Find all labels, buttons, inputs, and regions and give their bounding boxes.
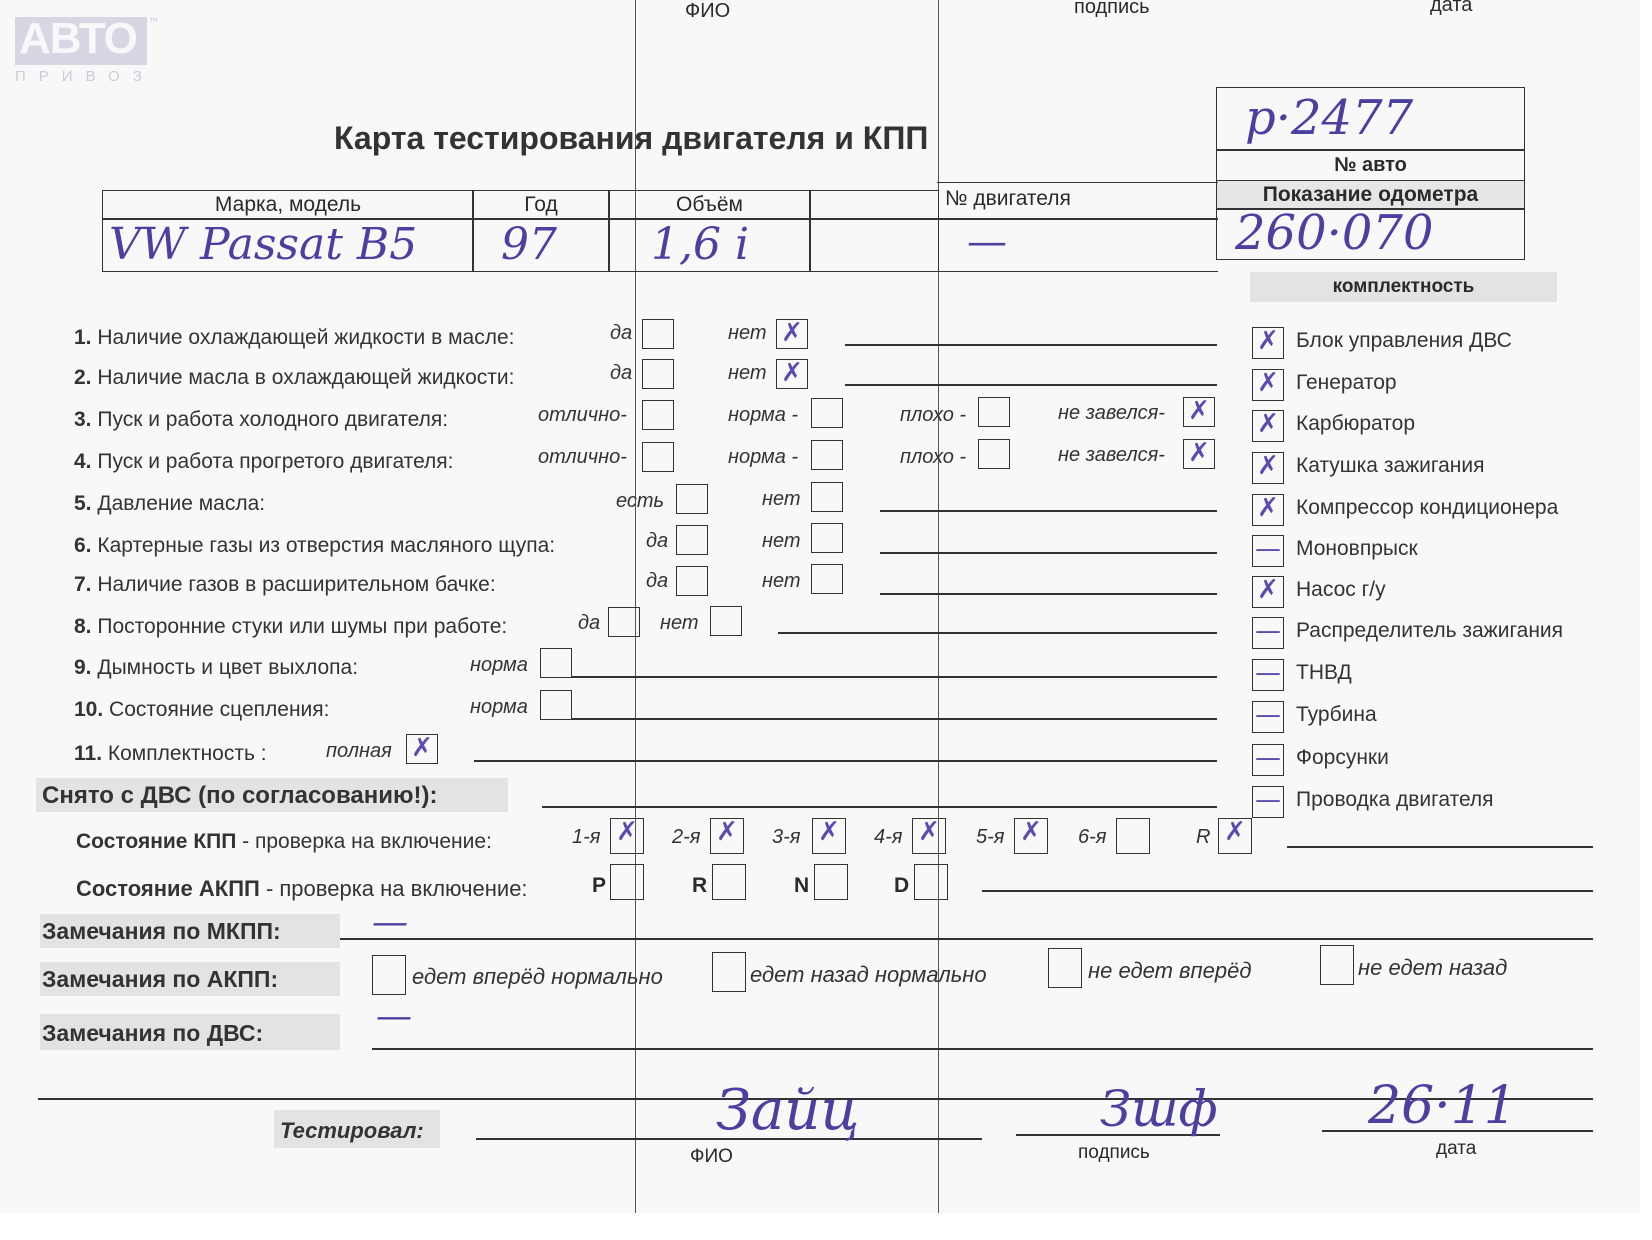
question-11: 11. Комплектность : (74, 742, 267, 766)
manual-gearbox-label: Состояние КПП - проверка на включение: (76, 830, 492, 854)
q8-yes-checkbox[interactable] (608, 607, 640, 637)
q5-present-checkbox[interactable] (676, 484, 708, 514)
dash-mark-icon: — (1253, 656, 1283, 690)
option-label: отлично- (538, 446, 627, 469)
remarks-manual-label: Замечания по МКПП: (42, 918, 281, 945)
completeness-checkbox[interactable]: ✗ (1252, 369, 1284, 401)
volume-field[interactable]: 1,6 i (608, 218, 811, 272)
question-5: 5. Давление масла: (74, 492, 265, 516)
test-date-value: 26·11 (1368, 1076, 1517, 1136)
option-label: да (610, 362, 632, 385)
tested-by-label: Тестировал: (280, 1118, 424, 1144)
completeness-checkbox[interactable]: — (1252, 617, 1284, 649)
manual-gearbox-label-rest: - проверка на включение: (236, 830, 492, 853)
question-text: Наличие охлаждающей жидкости в масле: (97, 326, 514, 349)
gear-1-я-checkbox[interactable]: ✗ (610, 818, 644, 854)
question-6: 6. Картерные газы из отверстия масляного… (74, 534, 555, 558)
gear-label: 3-я (772, 826, 800, 849)
auto-option-label: не едет вперёд (1088, 958, 1252, 984)
removed-line[interactable] (542, 806, 1217, 808)
notes-line (880, 552, 1217, 554)
auto-reverse-normal-checkbox[interactable] (712, 952, 746, 992)
option-label: да (646, 570, 668, 593)
question-text: Посторонние стуки или шумы при работе: (97, 615, 507, 638)
tester-signature-label: подпись (1078, 1142, 1150, 1164)
option-label: норма (470, 696, 528, 719)
question-number: 11. (74, 742, 102, 765)
notes-line (474, 760, 1217, 762)
question-number: 9. (74, 656, 92, 679)
dash-mark-icon: — (1253, 698, 1283, 732)
test-card-page: АВТО ПРИВОЗ ™ ФИО подпись дата Карта тес… (0, 0, 1640, 1213)
notes-line (880, 510, 1217, 512)
completeness-item-label: Катушка зажигания (1296, 454, 1484, 478)
completeness-item-label: Проводка двигателя (1296, 788, 1494, 812)
question-text: Состояние сцепления: (109, 698, 329, 721)
gear-label: 2-я (672, 826, 700, 849)
year-field[interactable]: 97 (472, 218, 610, 272)
year-value: 97 (501, 219, 557, 270)
tester-fio-label: ФИО (690, 1146, 733, 1168)
option-label: полная (326, 740, 392, 763)
option-label: нет (660, 612, 699, 635)
engine-number-value: — (967, 219, 1007, 265)
q11-full-checkbox[interactable]: ✗ (406, 734, 438, 764)
question-9: 9. Дымность и цвет выхлопа: (74, 656, 358, 680)
q3-bad-checkbox[interactable] (978, 397, 1010, 427)
q7-yes-checkbox[interactable] (676, 566, 708, 596)
auto-option-label: не едет назад (1358, 955, 1507, 981)
check-mark-icon: ✗ (777, 356, 807, 390)
q1-yes-checkbox[interactable] (642, 319, 674, 349)
option-label: плохо - (900, 404, 966, 427)
completeness-item-label: Распределитель зажигания (1296, 619, 1563, 643)
blank-header (809, 190, 939, 220)
car-number-field[interactable]: р·2477 (1216, 87, 1525, 151)
completeness-item-label: Турбина (1296, 703, 1377, 727)
option-label: да (578, 612, 600, 635)
option-label: нет (762, 530, 801, 553)
auto-option-label: едет вперёд нормально (412, 964, 663, 990)
auto-no-reverse-checkbox[interactable] (1320, 945, 1354, 985)
question-1: 1. Наличие охлаждающей жидкости в масле: (74, 326, 514, 350)
notes-line (572, 718, 1217, 720)
volume-header: Объём (608, 190, 811, 220)
q3-not-started-checkbox[interactable]: ✗ (1183, 397, 1215, 427)
question-text: Пуск и работа холодного двигателя: (97, 408, 448, 431)
question-number: 6. (74, 534, 92, 557)
completeness-item-label: Форсунки (1296, 746, 1389, 770)
option-label: отлично- (538, 404, 627, 427)
question-10: 10. Состояние сцепления: (74, 698, 329, 722)
question-text: Давление масла: (97, 492, 265, 515)
question-number: 8. (74, 615, 92, 638)
gears-notes-line (1287, 846, 1593, 848)
option-label: нет (762, 488, 801, 511)
q4-normal-checkbox[interactable] (811, 440, 843, 470)
top-signature-label: подпись (1074, 0, 1150, 19)
completeness-checkbox[interactable]: — (1252, 701, 1284, 733)
auto-P-checkbox[interactable] (610, 864, 644, 900)
notes-line (880, 593, 1217, 595)
completeness-item-label: Карбюратор (1296, 412, 1415, 436)
q3-excellent-checkbox[interactable] (642, 400, 674, 430)
q6-no-checkbox[interactable] (811, 523, 843, 553)
q5-absent-checkbox[interactable] (811, 482, 843, 512)
q2-yes-checkbox[interactable] (642, 359, 674, 389)
check-mark-icon: ✗ (1253, 324, 1283, 358)
gear-6-я-checkbox[interactable] (1116, 818, 1150, 854)
check-mark-icon: ✗ (407, 731, 437, 765)
gear-label: 5-я (976, 826, 1004, 849)
year-header: Год (472, 190, 610, 220)
remarks-engine-line[interactable] (372, 1048, 1593, 1050)
q7-no-checkbox[interactable] (811, 564, 843, 594)
remarks-auto-label: Замечания по АКПП: (42, 966, 278, 993)
question-text: Картерные газы из отверстия масляного щу… (97, 534, 555, 557)
completeness-item-label: ТНВД (1296, 661, 1352, 685)
auto-N-checkbox[interactable] (814, 864, 848, 900)
check-mark-icon: ✗ (1184, 436, 1214, 470)
check-mark-icon: ✗ (1015, 815, 1047, 849)
removed-label: Снято с ДВС (по согласованию!): (42, 782, 437, 810)
dash-mark-icon: — (1253, 532, 1283, 566)
q1-no-checkbox[interactable]: ✗ (776, 319, 808, 349)
gear-5-я-checkbox[interactable]: ✗ (1014, 818, 1048, 854)
completeness-item-label: Блок управления ДВС (1296, 329, 1512, 353)
check-mark-icon: ✗ (1253, 573, 1283, 607)
remarks-engine-label: Замечания по ДВС: (42, 1020, 263, 1047)
tester-fio-value: Зайц (716, 1078, 859, 1143)
engine-number-field[interactable]: — (937, 218, 1218, 272)
completeness-checkbox[interactable]: — (1252, 659, 1284, 691)
q4-bad-checkbox[interactable] (978, 439, 1010, 469)
gear-label: 6-я (1078, 826, 1106, 849)
notes-line (845, 344, 1217, 346)
dash-mark-icon: — (1253, 783, 1283, 817)
check-mark-icon: ✗ (1219, 815, 1251, 849)
q2-no-checkbox[interactable]: ✗ (776, 359, 808, 389)
gear-3-я-checkbox[interactable]: ✗ (812, 818, 846, 854)
question-number: 1. (74, 326, 92, 349)
auto-gearbox-label: Состояние АКПП - проверка на включение: (76, 876, 528, 902)
blank-field[interactable] (809, 218, 939, 272)
option-label: норма - (728, 446, 798, 469)
check-mark-icon: ✗ (813, 815, 845, 849)
car-number-value: р·2477 (1245, 90, 1413, 146)
auto-option-label: едет назад нормально (750, 962, 987, 988)
gear-R-checkbox[interactable]: ✗ (1218, 818, 1252, 854)
auto-R-checkbox[interactable] (712, 864, 746, 900)
question-text: Наличие газов в расширительном бачке: (97, 573, 495, 596)
top-date-label: дата (1430, 0, 1472, 17)
completeness-title: комплектность (1250, 276, 1557, 298)
page-title: Карта тестирования двигателя и КПП (334, 120, 928, 157)
volume-value: 1,6 i (651, 219, 749, 270)
top-fio-label: ФИО (685, 0, 730, 23)
option-label: нет (728, 362, 767, 385)
question-8: 8. Посторонние стуки или шумы при работе… (74, 615, 507, 639)
completeness-checkbox[interactable]: ✗ (1252, 494, 1284, 526)
option-label: не завелся- (1058, 444, 1165, 467)
auto-forward-normal-checkbox[interactable] (372, 955, 406, 995)
option-label: есть (616, 490, 664, 513)
q3-normal-checkbox[interactable] (811, 398, 843, 428)
option-label: нет (762, 570, 801, 593)
car-number-label: № авто (1216, 149, 1525, 182)
option-label: нет (728, 322, 767, 345)
test-date-label: дата (1436, 1138, 1476, 1160)
auto-position-label: N (794, 874, 809, 898)
question-7: 7. Наличие газов в расширительном бачке: (74, 573, 496, 597)
remarks-manual-value: — (372, 902, 408, 943)
q9-normal-checkbox[interactable] (540, 648, 572, 678)
question-3: 3. Пуск и работа холодного двигателя: (74, 408, 448, 432)
auto-position-label: D (894, 874, 909, 898)
remarks-engine-value: — (376, 996, 412, 1037)
completeness-checkbox[interactable]: ✗ (1252, 452, 1284, 484)
question-number: 3. (74, 408, 92, 431)
question-text: Комплектность : (108, 742, 267, 765)
odometer-value: 260·070 (1235, 205, 1434, 261)
gear-4-я-checkbox[interactable]: ✗ (912, 818, 946, 854)
completeness-item-label: Генератор (1296, 371, 1397, 395)
q4-excellent-checkbox[interactable] (642, 442, 674, 472)
question-2: 2. Наличие масла в охлаждающей жидкости: (74, 366, 514, 390)
check-mark-icon: ✗ (1253, 366, 1283, 400)
option-label: плохо - (900, 446, 966, 469)
gear-2-я-checkbox[interactable]: ✗ (710, 818, 744, 854)
auto-gearbox-label-bold: Состояние АКПП (76, 876, 260, 901)
question-number: 5. (74, 492, 92, 515)
auto-no-forward-checkbox[interactable] (1048, 948, 1082, 988)
logo-main: АВТО (19, 14, 137, 64)
odometer-field[interactable]: 260·070 (1216, 208, 1525, 260)
check-mark-icon: ✗ (1253, 407, 1283, 441)
question-text: Пуск и работа прогретого двигателя: (97, 450, 453, 473)
option-label: не завелся- (1058, 402, 1165, 425)
dash-mark-icon: — (1253, 741, 1283, 775)
check-mark-icon: ✗ (611, 815, 643, 849)
gear-label: 4-я (874, 826, 902, 849)
q10-normal-checkbox[interactable] (540, 690, 572, 720)
tester-signature-value: Зшф (1100, 1080, 1218, 1138)
auto-notes-line (982, 890, 1593, 892)
completeness-checkbox[interactable]: — (1252, 744, 1284, 776)
check-mark-icon: ✗ (711, 815, 743, 849)
manual-gearbox-label-bold: Состояние КПП (76, 830, 236, 853)
logo-sub: ПРИВОЗ (15, 68, 155, 85)
option-label: да (610, 322, 632, 345)
logo-tm: ™ (149, 16, 158, 26)
option-label: норма - (728, 404, 798, 427)
auto-gearbox-label-rest: - проверка на включение: (260, 876, 528, 901)
completeness-checkbox[interactable]: ✗ (1252, 576, 1284, 608)
option-label: норма (470, 654, 528, 677)
q8-no-checkbox[interactable] (710, 606, 742, 636)
completeness-item-label: Компрессор кондиционера (1296, 496, 1558, 520)
option-label: да (646, 530, 668, 553)
completeness-item-label: Моновпрыск (1296, 537, 1418, 561)
engine-number-header: № двигателя (937, 182, 1218, 220)
completeness-checkbox[interactable]: ✗ (1252, 410, 1284, 442)
make-model-header: Марка, модель (102, 190, 474, 220)
auto-position-label: P (592, 874, 606, 898)
notes-line (572, 676, 1217, 678)
dash-mark-icon: — (1253, 614, 1283, 648)
question-text: Наличие масла в охлаждающей жидкости: (97, 366, 514, 389)
make-model-value: VW Passat B5 (109, 219, 417, 270)
check-mark-icon: ✗ (913, 815, 945, 849)
check-mark-icon: ✗ (777, 316, 807, 350)
notes-line (778, 632, 1217, 634)
notes-line (845, 384, 1217, 386)
completeness-checkbox[interactable]: — (1252, 786, 1284, 818)
question-number: 4. (74, 450, 92, 473)
q6-yes-checkbox[interactable] (676, 525, 708, 555)
check-mark-icon: ✗ (1253, 491, 1283, 525)
question-4: 4. Пуск и работа прогретого двигателя: (74, 450, 454, 474)
auto-position-label: R (692, 874, 707, 898)
make-model-field[interactable]: VW Passat B5 (102, 218, 474, 272)
remarks-manual-line[interactable] (340, 938, 1593, 940)
question-number: 7. (74, 573, 92, 596)
check-mark-icon: ✗ (1253, 449, 1283, 483)
gear-label: R (1196, 826, 1210, 849)
gear-label: 1-я (572, 826, 600, 849)
completeness-checkbox[interactable]: ✗ (1252, 327, 1284, 359)
check-mark-icon: ✗ (1184, 394, 1214, 428)
question-number: 10. (74, 698, 103, 721)
question-text: Дымность и цвет выхлопа: (97, 656, 358, 679)
q4-not-started-checkbox[interactable]: ✗ (1183, 439, 1215, 469)
auto-D-checkbox[interactable] (914, 864, 948, 900)
question-number: 2. (74, 366, 92, 389)
completeness-item-label: Насос г/у (1296, 578, 1386, 602)
completeness-checkbox[interactable]: — (1252, 535, 1284, 567)
